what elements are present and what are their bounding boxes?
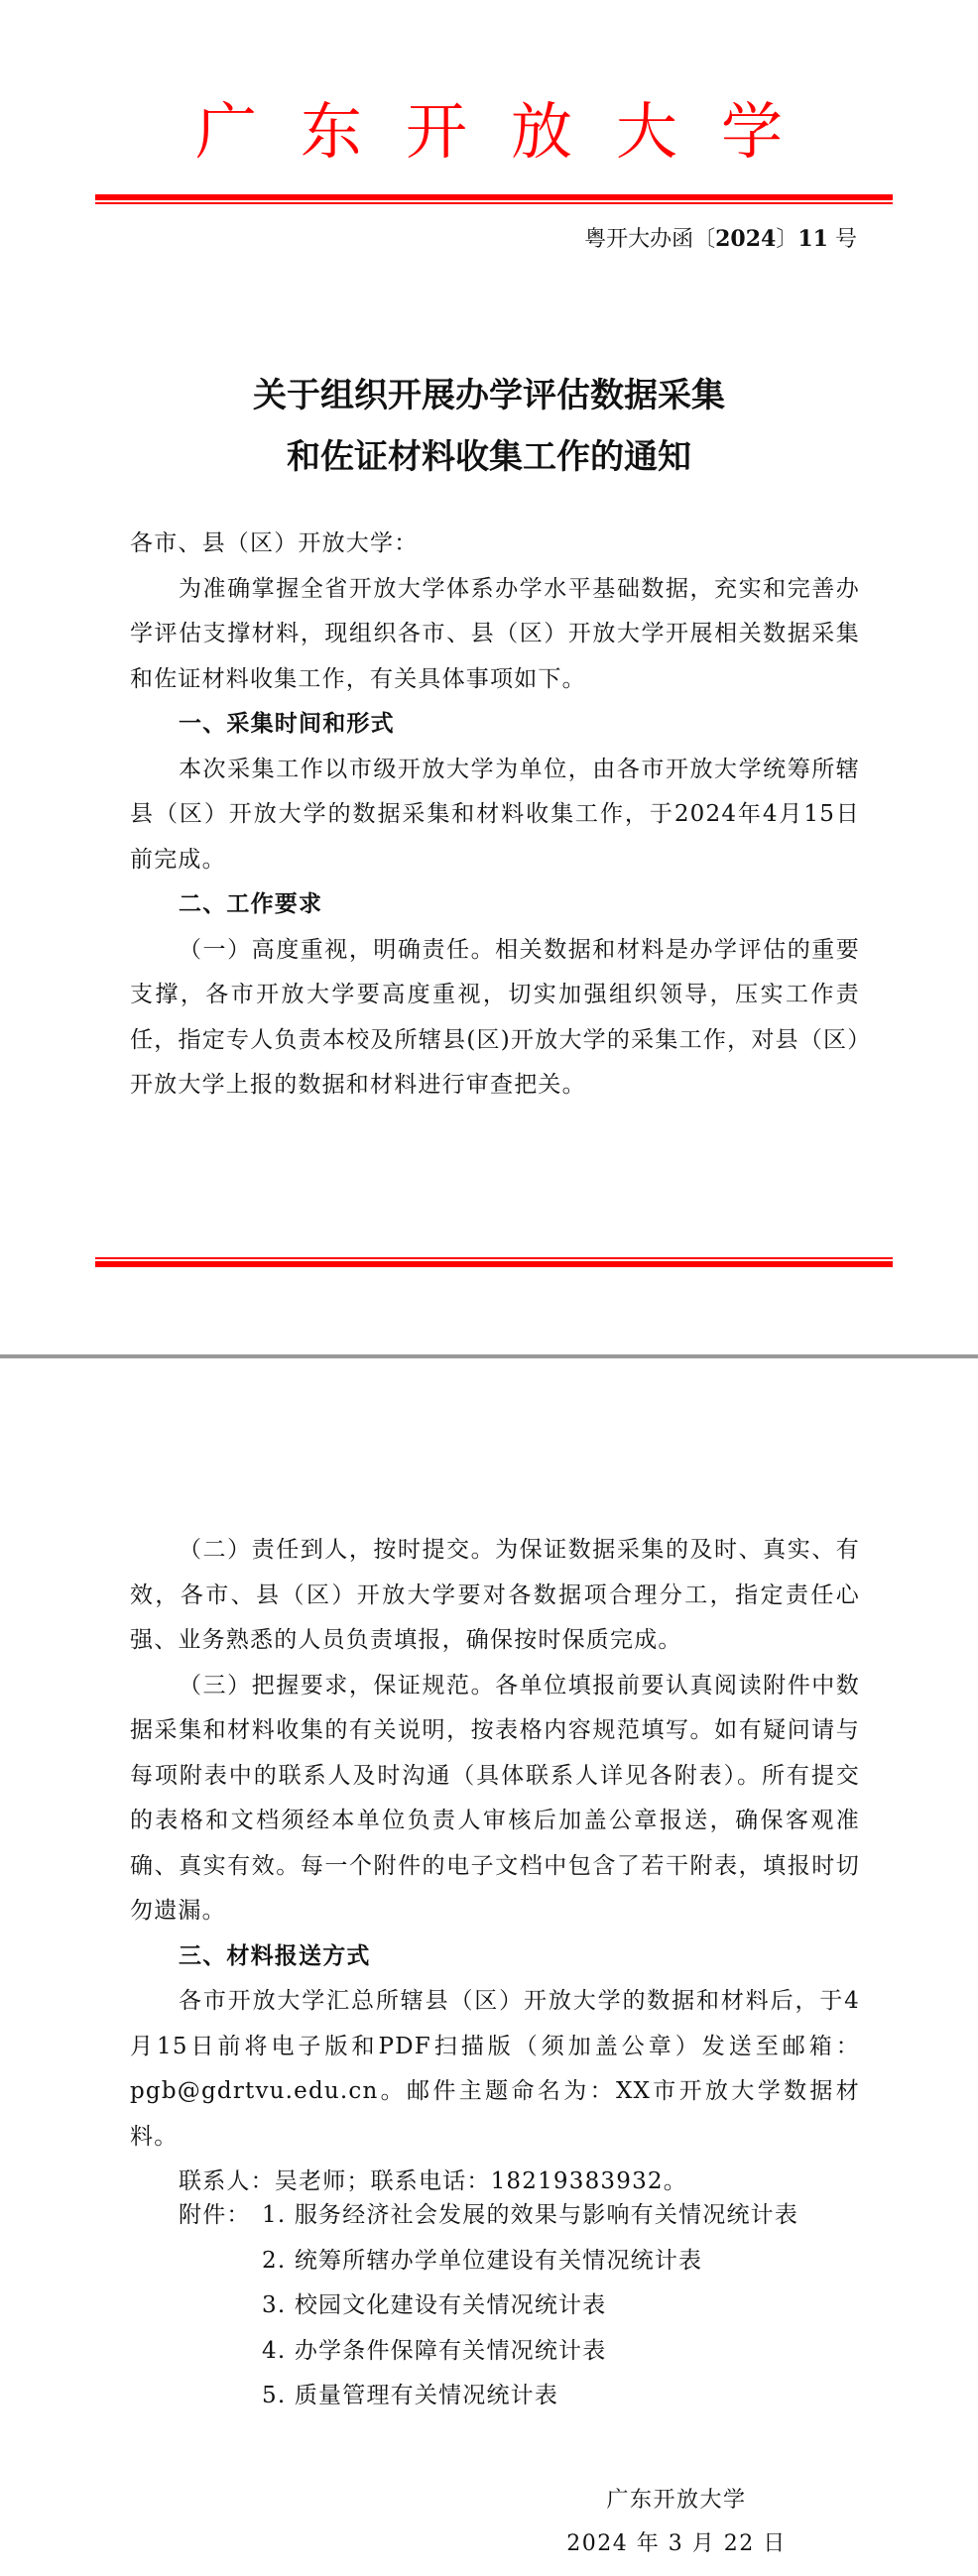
document-number: 粤开大办函〔2024〕11 号 — [584, 224, 857, 255]
doc-number-mid: 〕 — [776, 227, 797, 252]
red-header-rule — [95, 194, 893, 204]
section-2-item-2: （二）责任到人，按时提交。为保证数据采集的及时、真实、有效，各市、县（区）开放大… — [130, 1528, 860, 1664]
document-title: 关于组织开展办学评估数据采集 和佐证材料收集工作的通知 — [0, 365, 978, 488]
signature-date: 2024 年 3 月 22 日 — [528, 2522, 825, 2566]
attachment-row: 4. 办学条件保障有关情况统计表 — [179, 2329, 798, 2375]
document-body-page-2: （二）责任到人，按时提交。为保证数据采集的及时、真实、有效，各市、县（区）开放大… — [130, 1528, 860, 2205]
attachment-row: 2. 统筹所辖办学单位建设有关情况统计表 — [179, 2239, 798, 2284]
attachment-spacer — [179, 2329, 262, 2375]
attachment-row: 5. 质量管理有关情况统计表 — [179, 2374, 798, 2419]
rule-thin-line — [95, 202, 893, 204]
doc-number-num: 11 — [797, 226, 828, 252]
document-body-page-1: 各市、县（区）开放大学： 为准确掌握全省开放大学体系办学水平基础数据，充实和完善… — [130, 522, 860, 1109]
attachment-item: 4. 办学条件保障有关情况统计表 — [262, 2329, 606, 2375]
section-1-paragraph: 本次采集工作以市级开放大学为单位，由各市开放大学统筹所辖县（区）开放大学的数据采… — [130, 748, 860, 883]
attachment-spacer — [179, 2374, 262, 2419]
attachment-spacer — [179, 2239, 262, 2284]
doc-number-prefix: 粤开大办函〔 — [584, 227, 715, 252]
attachment-item: 1. 服务经济社会发展的效果与影响有关情况统计表 — [262, 2193, 798, 2239]
attachments-label: 附件： — [179, 2193, 262, 2239]
title-line-2: 和佐证材料收集工作的通知 — [0, 426, 978, 488]
doc-number-suffix: 号 — [828, 227, 857, 252]
section-2-item-3: （三）把握要求，保证规范。各单位填报前要认真阅读附件中数据采集和材料收集的有关说… — [130, 1664, 860, 1934]
attachment-spacer — [179, 2283, 262, 2329]
attachment-row: 3. 校园文化建设有关情况统计表 — [179, 2283, 798, 2329]
attachment-row: 附件： 1. 服务经济社会发展的效果与影响有关情况统计表 — [179, 2193, 798, 2239]
doc-number-year: 2024 — [715, 226, 776, 252]
section-3-heading: 三、材料报送方式 — [130, 1934, 860, 1980]
section-1-heading: 一、采集时间和形式 — [130, 702, 860, 748]
attachments-list: 附件： 1. 服务经济社会发展的效果与影响有关情况统计表 2. 统筹所辖办学单位… — [179, 2193, 798, 2419]
document-page-1: 广东开放大学 粤开大办函〔2024〕11 号 关于组织开展办学评估数据采集 和佐… — [0, 0, 978, 1354]
attachment-item: 2. 统筹所辖办学单位建设有关情况统计表 — [262, 2239, 702, 2284]
section-2-item-1: （一）高度重视，明确责任。相关数据和材料是办学评估的重要支撑，各市开放大学要高度… — [130, 928, 860, 1109]
title-line-1: 关于组织开展办学评估数据采集 — [0, 365, 978, 426]
rule-thick-line — [95, 1261, 893, 1267]
section-3-paragraph: 各市开放大学汇总所辖县（区）开放大学的数据和材料后，于4月15日前将电子版和PD… — [130, 1979, 860, 2160]
red-footer-rule — [95, 1257, 893, 1267]
signature-block: 广东开放大学 2024 年 3 月 22 日 — [528, 2479, 825, 2566]
attachment-item: 5. 质量管理有关情况统计表 — [262, 2374, 558, 2419]
masthead-title: 广东开放大学 — [0, 101, 978, 163]
intro-paragraph: 为准确掌握全省开放大学体系办学水平基础数据，充实和完善办学评估支撑材料，现组织各… — [130, 567, 860, 703]
section-2-heading: 二、工作要求 — [130, 882, 860, 928]
attachment-item: 3. 校园文化建设有关情况统计表 — [262, 2283, 606, 2329]
salutation: 各市、县（区）开放大学： — [130, 522, 860, 567]
signature-organization: 广东开放大学 — [528, 2479, 825, 2522]
